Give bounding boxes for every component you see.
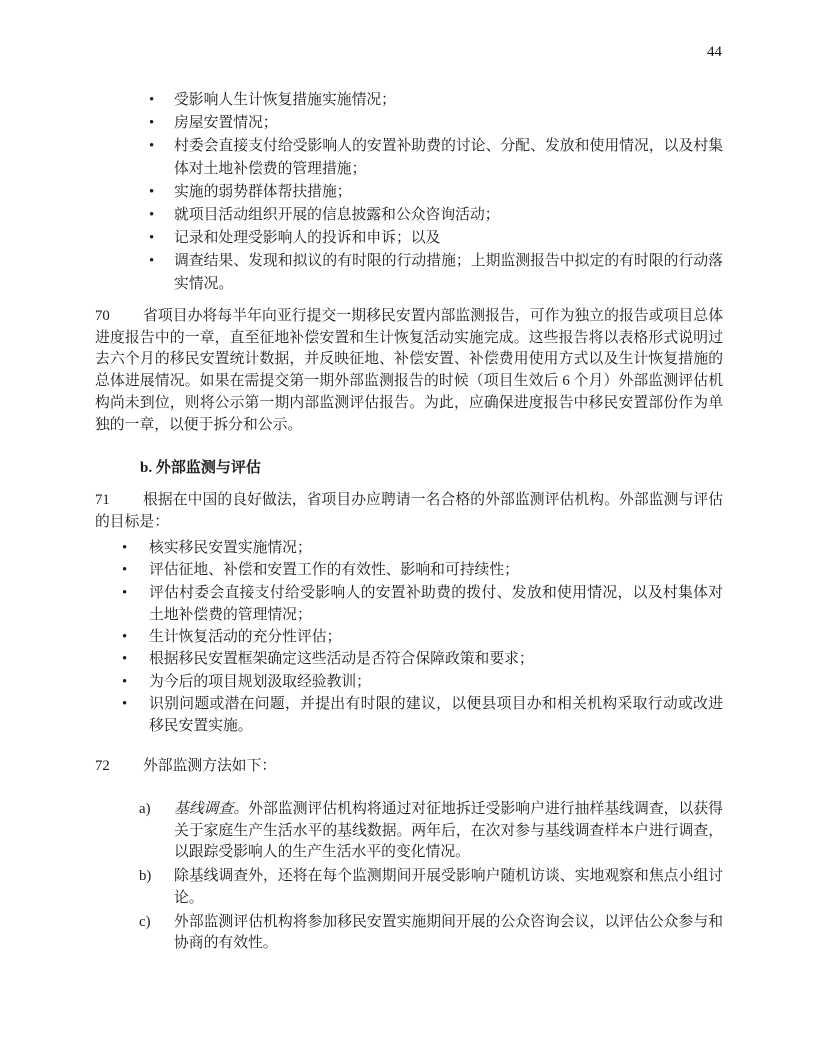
list-item: 受影响人生计恢复措施实施情况； — [95, 89, 723, 112]
list-item: 评估村委会直接支付给受影响人的安置补助费的拨付、发放和使用情况，以及村集体对土地… — [95, 582, 723, 627]
list-item-marker: a) — [139, 799, 151, 821]
external-monitoring-objectives-list: 核实移民安置实施情况； 评估征地、补偿和安置工作的有效性、影响和可持续性； 评估… — [95, 537, 723, 738]
paragraph-text: 根据在中国的良好做法，省项目办应聘请一名合格的外部监测评估机构。外部监测与评估的… — [95, 490, 723, 533]
list-item-text: 外部监测评估机构将通过对征地拆迁受影响户进行抽样基线调查，以获得关于家庭生产生活… — [174, 801, 723, 860]
list-item-text: 核实移民安置实施情况； — [149, 540, 312, 556]
list-item: b) 除基线调查外，还将在每个监测期间开展受影响户随机访谈、实地观察和焦点小组讨… — [95, 866, 723, 909]
paragraph-72: 72 外部监测方法如下： — [95, 756, 723, 778]
external-monitoring-methods-list: a) 基线调查。外部监测评估机构将通过对征地拆迁受影响户进行抽样基线调查，以获得… — [95, 799, 723, 957]
list-item-text: 实施的弱势群体帮扶措施； — [174, 184, 352, 200]
list-item: 评估征地、补偿和安置工作的有效性、影响和可持续性； — [95, 559, 723, 581]
list-item-text: 记录和处理受影响人的投诉和申诉；以及 — [174, 230, 440, 246]
section-heading-external-monitoring: b. 外部监测与评估 — [140, 458, 261, 480]
list-item: 根据移民安置框架确定这些活动是否符合保障政策和要求； — [95, 648, 723, 670]
list-item: 调查结果、发现和拟议的有时限的行动措施；上期监测报告中拟定的有时限的行动落实情况… — [95, 250, 723, 296]
list-item: 识别问题或潜在问题，并提出有时限的建议，以便县项目办和相关机构采取行动或改进移民… — [95, 693, 723, 738]
list-item-text: 为今后的项目规划汲取经验教训； — [149, 674, 371, 690]
list-item-text: 就项目活动组织开展的信息披露和公众咨询活动； — [174, 207, 500, 223]
list-item: 实施的弱势群体帮扶措施； — [95, 181, 723, 204]
list-item: c) 外部监测评估机构将参加移民安置实施期间开展的公众咨询会议，以评估公众参与和… — [95, 912, 723, 955]
list-item-text: 受影响人生计恢复措施实施情况； — [174, 92, 396, 108]
list-item: 就项目活动组织开展的信息披露和公众咨询活动； — [95, 204, 723, 227]
list-item-text: 调查结果、发现和拟议的有时限的行动措施；上期监测报告中拟定的有时限的行动落实情况… — [174, 253, 723, 292]
internal-monitoring-bullet-list: 受影响人生计恢复措施实施情况； 房屋安置情况； 村委会直接支付给受影响人的安置补… — [95, 89, 723, 296]
list-item-text: 村委会直接支付给受影响人的安置补助费的讨论、分配、发放和使用情况，以及村集体对土… — [174, 138, 723, 177]
paragraph-70: 70 省项目办将每半年向亚行提交一期移民安置内部监测报告，可作为独立的报告或项目… — [95, 306, 723, 436]
paragraph-text: 省项目办将每半年向亚行提交一期移民安置内部监测报告，可作为独立的报告或项目总体进… — [95, 306, 723, 436]
list-item-text: 评估征地、补偿和安置工作的有效性、影响和可持续性； — [149, 562, 519, 578]
list-item: 为今后的项目规划汲取经验教训； — [95, 671, 723, 693]
list-item: 房屋安置情况； — [95, 112, 723, 135]
list-item-text: 房屋安置情况； — [174, 115, 278, 131]
list-item: a) 基线调查。外部监测评估机构将通过对征地拆迁受影响户进行抽样基线调查，以获得… — [95, 799, 723, 864]
list-item-text: 外部监测评估机构将参加移民安置实施期间开展的公众咨询会议，以评估公众参与和协商的… — [174, 914, 723, 952]
paragraph-number: 71 — [95, 490, 110, 512]
list-item-text: 评估村委会直接支付给受影响人的安置补助费的拨付、发放和使用情况，以及村集体对土地… — [149, 585, 723, 623]
list-item-text: 生计恢复活动的充分性评估； — [149, 629, 341, 645]
paragraph-number: 70 — [95, 306, 110, 328]
paragraph-71: 71 根据在中国的良好做法，省项目办应聘请一名合格的外部监测评估机构。外部监测与… — [95, 490, 723, 533]
list-item-marker: c) — [139, 912, 151, 934]
paragraph-text: 外部监测方法如下： — [95, 756, 723, 778]
list-item: 生计恢复活动的充分性评估； — [95, 626, 723, 648]
list-item-text: 除基线调查外，还将在每个监测期间开展受影响户随机访谈、实地观察和焦点小组讨论。 — [174, 868, 723, 906]
list-item: 核实移民安置实施情况； — [95, 537, 723, 559]
list-item-text: 根据移民安置框架确定这些活动是否符合保障政策和要求； — [149, 651, 534, 667]
list-item: 村委会直接支付给受影响人的安置补助费的讨论、分配、发放和使用情况，以及村集体对土… — [95, 135, 723, 181]
paragraph-number: 72 — [95, 756, 110, 778]
list-item-lead: 基线调查。 — [174, 801, 248, 817]
page-number: 44 — [707, 43, 722, 61]
list-item-marker: b) — [139, 866, 151, 888]
document-page: 44 受影响人生计恢复措施实施情况； 房屋安置情况； 村委会直接支付给受影响人的… — [0, 0, 816, 1056]
list-item-text: 识别问题或潜在问题，并提出有时限的建议，以便县项目办和相关机构采取行动或改进移民… — [149, 696, 723, 734]
list-item: 记录和处理受影响人的投诉和申诉；以及 — [95, 227, 723, 250]
